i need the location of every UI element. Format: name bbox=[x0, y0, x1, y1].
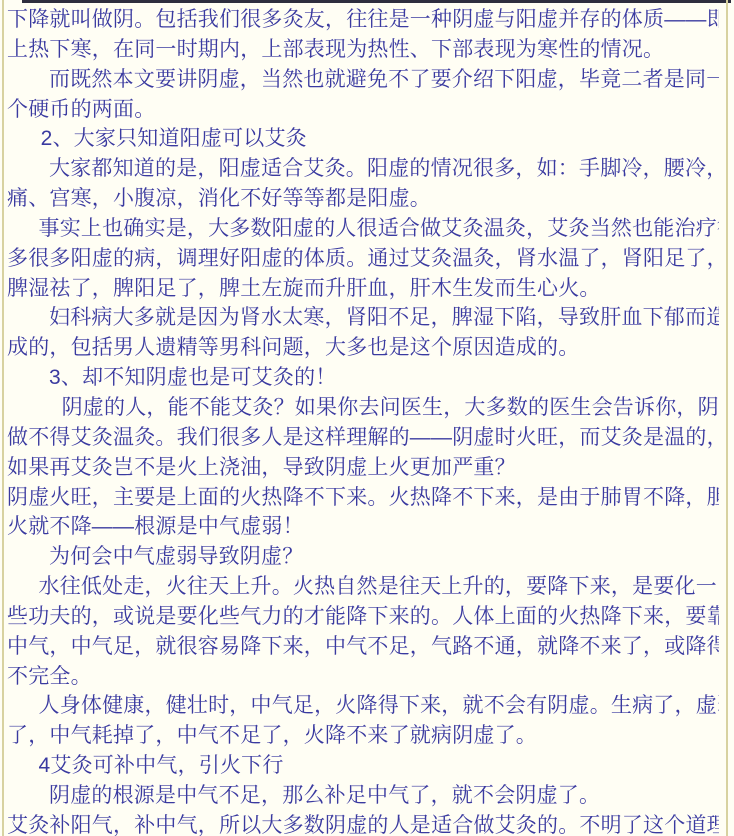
text-line: 而既然本文要讲阴虚，当然也就避免不了要介绍下阳虚，毕竟二者是同一 bbox=[7, 65, 719, 95]
text-line: 人身体健康，健壮时，中气足，火降得下来，就不会有阴虚。生病了，虚弱 bbox=[7, 691, 719, 721]
text-line: 上热下寒，在同一时期内，上部表现为热性、下部表现为寒性的情况。 bbox=[7, 35, 719, 65]
text-line: 中气，中气足，就很容易降下来，中气不足，气路不通，就降不来了，或降得 bbox=[7, 632, 719, 662]
text-line: 个硬币的两面。 bbox=[7, 95, 719, 125]
text-line: 些功夫的，或说是要化些气力的才能降下来的。人体上面的火热降下来，要靠 bbox=[7, 602, 719, 632]
text-line: 不完全。 bbox=[7, 662, 719, 692]
top-divider-line bbox=[22, 0, 731, 3]
text-line: 火就不降——根源是中气虚弱！ bbox=[7, 512, 719, 542]
text-line: 脾湿祛了，脾阳足了，脾土左旋而升肝血，肝木生发而生心火。 bbox=[7, 274, 719, 304]
left-border-line bbox=[2, 0, 4, 836]
text-line: 阴虚的根源是中气不足，那么补足中气了，就不会阴虚了。 bbox=[7, 781, 719, 811]
text-line: 艾灸补阳气，补中气，所以大多数阴虚的人是适合做艾灸的。不明了这个道理 bbox=[7, 811, 719, 836]
text-line: 痛、宫寒，小腹凉，消化不好等等都是阳虚。 bbox=[7, 184, 719, 214]
text-line: 阴虚火旺，主要是上面的火热降不下来。火热降不下来，是由于肺胃不降，胆 bbox=[7, 483, 719, 513]
text-line: 妇科病大多就是因为肾水太寒，肾阳不足，脾湿下陷，导致肝血下郁而造 bbox=[7, 303, 719, 333]
text-line: 下降就叫做阴。包括我们很多灸友，往往是一种阴虚与阳虚并存的体质——即 bbox=[7, 5, 719, 35]
text-line: 如果再艾灸岂不是火上浇油，导致阴虚上火更加严重？ bbox=[7, 453, 719, 483]
text-line: 4艾灸可补中气，引火下行 bbox=[7, 751, 719, 781]
text-line: 3、却不知阴虚也是可艾灸的！ bbox=[7, 363, 719, 393]
text-line: 了，中气耗掉了，中气不足了，火降不来了就病阴虚了。 bbox=[7, 721, 719, 751]
text-line: 为何会中气虚弱导致阴虚？ bbox=[7, 542, 719, 572]
article-text: 下降就叫做阴。包括我们很多灸友，往往是一种阴虚与阳虚并存的体质——即上热下寒，在… bbox=[7, 5, 719, 836]
text-line: 水往低处走，火往天上升。火热自然是往天上升的，要降下来，是要化一 bbox=[7, 572, 719, 602]
text-line: 做不得艾灸温灸。我们很多人是这样理解的——阴虚时火旺，而艾灸是温的， bbox=[7, 423, 719, 453]
text-line: 多很多阳虚的病，调理好阳虚的体质。通过艾灸温灸，肾水温了，肾阳足了， bbox=[7, 244, 719, 274]
text-line: 阴虚的人，能不能艾灸？如果你去问医生，大多数的医生会告诉你，阴虚 bbox=[7, 393, 719, 423]
text-line: 2、大家只知道阳虚可以艾灸 bbox=[7, 124, 719, 154]
text-line: 大家都知道的是，阳虚适合艾灸。阳虚的情况很多，如：手脚冷，腰冷，腰 bbox=[7, 154, 719, 184]
text-line: 成的，包括男人遗精等男科问题，大多也是这个原因造成的。 bbox=[7, 333, 719, 363]
text-line: 事实上也确实是，大多数阳虚的人很适合做艾灸温灸，艾灸当然也能治疗很 bbox=[7, 214, 719, 244]
right-border-line bbox=[726, 0, 728, 836]
